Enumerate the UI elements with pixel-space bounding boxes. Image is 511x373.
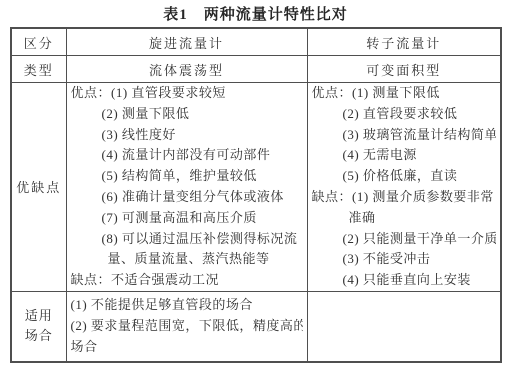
header-row: 区分 旋进流量计 转子流量计 xyxy=(11,28,501,56)
type-row-label: 类型 xyxy=(11,56,66,83)
table-text-line: 缺点：不适合强震动工况 xyxy=(71,270,303,291)
pros-cons-rotor-cell: 优点：(1) 测量下限低(2) 直管段要求较低(3) 玻璃管流量计结构简单(4)… xyxy=(307,83,501,292)
table-text-line: 缺点：(1) 测量介质参数要非常 xyxy=(312,187,497,208)
table-text-line: (2) 要求量程范围宽，下限低，精度高的 xyxy=(71,316,303,337)
header-cell-swirl-flowmeter: 旋进流量计 xyxy=(66,28,307,56)
header-cell-rotor-flowmeter: 转子流量计 xyxy=(307,28,501,56)
application-swirl-cell: (1) 不能提供足够直管段的场合(2) 要求量程范围宽，下限低，精度高的场合 xyxy=(66,291,307,362)
table-text-line: (7) 可测量高温和高压介质 xyxy=(71,208,303,229)
table-text-line: 优点：(1) 直管段要求较短 xyxy=(71,83,303,104)
table-text-line: (5) 价格低廉，直读 xyxy=(312,166,497,187)
table-text-line: (1) 不能提供足够直管段的场合 xyxy=(71,295,303,316)
table-title: 表1 两种流量计特性比对 xyxy=(0,3,511,24)
table-text-line: (2) 测量下限低 xyxy=(71,104,303,125)
table-text-line: (4) 无需电源 xyxy=(312,145,497,166)
table-text-line: (2) 直管段要求较低 xyxy=(312,104,497,125)
table-text-line: (6) 准确计量变组分气体或液体 xyxy=(71,187,303,208)
table-text-line: (5) 结构简单，维护量较低 xyxy=(71,166,303,187)
table-text-line: (2) 只能测量干净单一介质； xyxy=(312,229,497,250)
table-text-line: (4) 只能垂直向上安装 xyxy=(312,270,497,291)
application-row-label: 适用 场合 xyxy=(11,291,66,362)
type-cell-fluid-oscillation: 流体震荡型 xyxy=(66,56,307,83)
application-label-line2: 场合 xyxy=(16,326,62,346)
table-text-line: (3) 不能受冲击 xyxy=(312,249,497,270)
document-page: 表1 两种流量计特性比对 区分 旋进流量计 转子流量计 类型 流体震荡型 可变面… xyxy=(0,0,511,373)
table-text-line: (3) 玻璃管流量计结构简单 xyxy=(312,125,497,146)
application-rotor-cell xyxy=(307,291,501,362)
application-row: 适用 场合 (1) 不能提供足够直管段的场合(2) 要求量程范围宽，下限低，精度… xyxy=(11,291,501,362)
table-text-line: (8) 可以通过温压补偿测得标况流 xyxy=(71,229,303,250)
application-label-line1: 适用 xyxy=(16,306,62,326)
table-text-line: 准确 xyxy=(312,208,497,229)
type-row: 类型 流体震荡型 可变面积型 xyxy=(11,56,501,83)
pros-cons-row-label: 优缺点 xyxy=(11,83,66,292)
pros-cons-swirl-cell: 优点：(1) 直管段要求较短(2) 测量下限低(3) 线性度好(4) 流量计内部… xyxy=(66,83,307,292)
table-text-line: 量、质量流量、蒸汽热能等 xyxy=(71,249,303,270)
table-text-line: (3) 线性度好 xyxy=(71,125,303,146)
header-cell-category: 区分 xyxy=(11,28,66,56)
table-text-line: (4) 流量计内部没有可动部件 xyxy=(71,145,303,166)
type-cell-variable-area: 可变面积型 xyxy=(307,56,501,83)
pros-cons-row: 优缺点 优点：(1) 直管段要求较短(2) 测量下限低(3) 线性度好(4) 流… xyxy=(11,83,501,292)
comparison-table: 区分 旋进流量计 转子流量计 类型 流体震荡型 可变面积型 优缺点 优点：(1)… xyxy=(10,27,502,363)
table-text-line: 优点：(1) 测量下限低 xyxy=(312,83,497,104)
table-text-line: 场合 xyxy=(71,337,303,358)
